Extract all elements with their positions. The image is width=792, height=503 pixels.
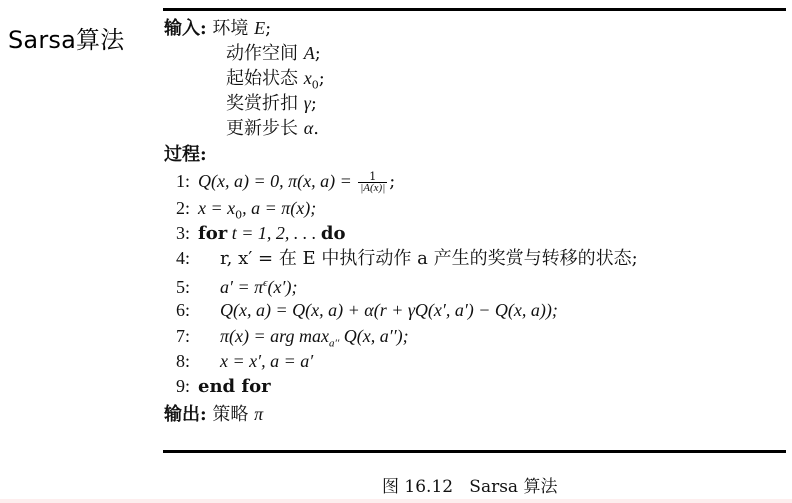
step-8: 8:x = x′, a = a′ (164, 350, 313, 373)
output-label: 输出: (164, 404, 207, 425)
input-line-1: 动作空间 A; (226, 42, 321, 65)
figure-caption: 图 16.12 Sarsa 算法 (382, 472, 557, 497)
step-6: 6:Q(x, a) = Q(x, a) + α(r + γQ(x′, a′) −… (164, 299, 558, 322)
process-label: 过程: (164, 144, 207, 166)
fraction: 1|A(x)| (358, 171, 387, 194)
step-4: 4:r, x′ = 在 E 中执行动作 a 产生的奖赏与转移的状态; (164, 247, 638, 270)
output-line: 输出: 策略 π (164, 403, 263, 426)
input-line-3: 奖赏折扣 γ; (226, 92, 317, 115)
step-3: 3:for t = 1, 2, . . . do (164, 222, 345, 245)
top-rule (163, 8, 786, 11)
input-line-4: 更新步长 α. (226, 117, 319, 140)
bottom-rule (163, 450, 786, 453)
slide-title: Sarsa算法 (8, 20, 124, 55)
step-1: 1:Q(x, a) = 0, π(x, a) = 1|A(x)|; (164, 170, 395, 194)
bottom-strip (0, 499, 792, 503)
input-line-0: 输入: 环境 E; (164, 17, 271, 40)
step-9: 9:end for (164, 375, 271, 398)
step-5: 5:a′ = πϵ(x′); (164, 272, 297, 299)
input-label: 输入: (164, 18, 207, 39)
